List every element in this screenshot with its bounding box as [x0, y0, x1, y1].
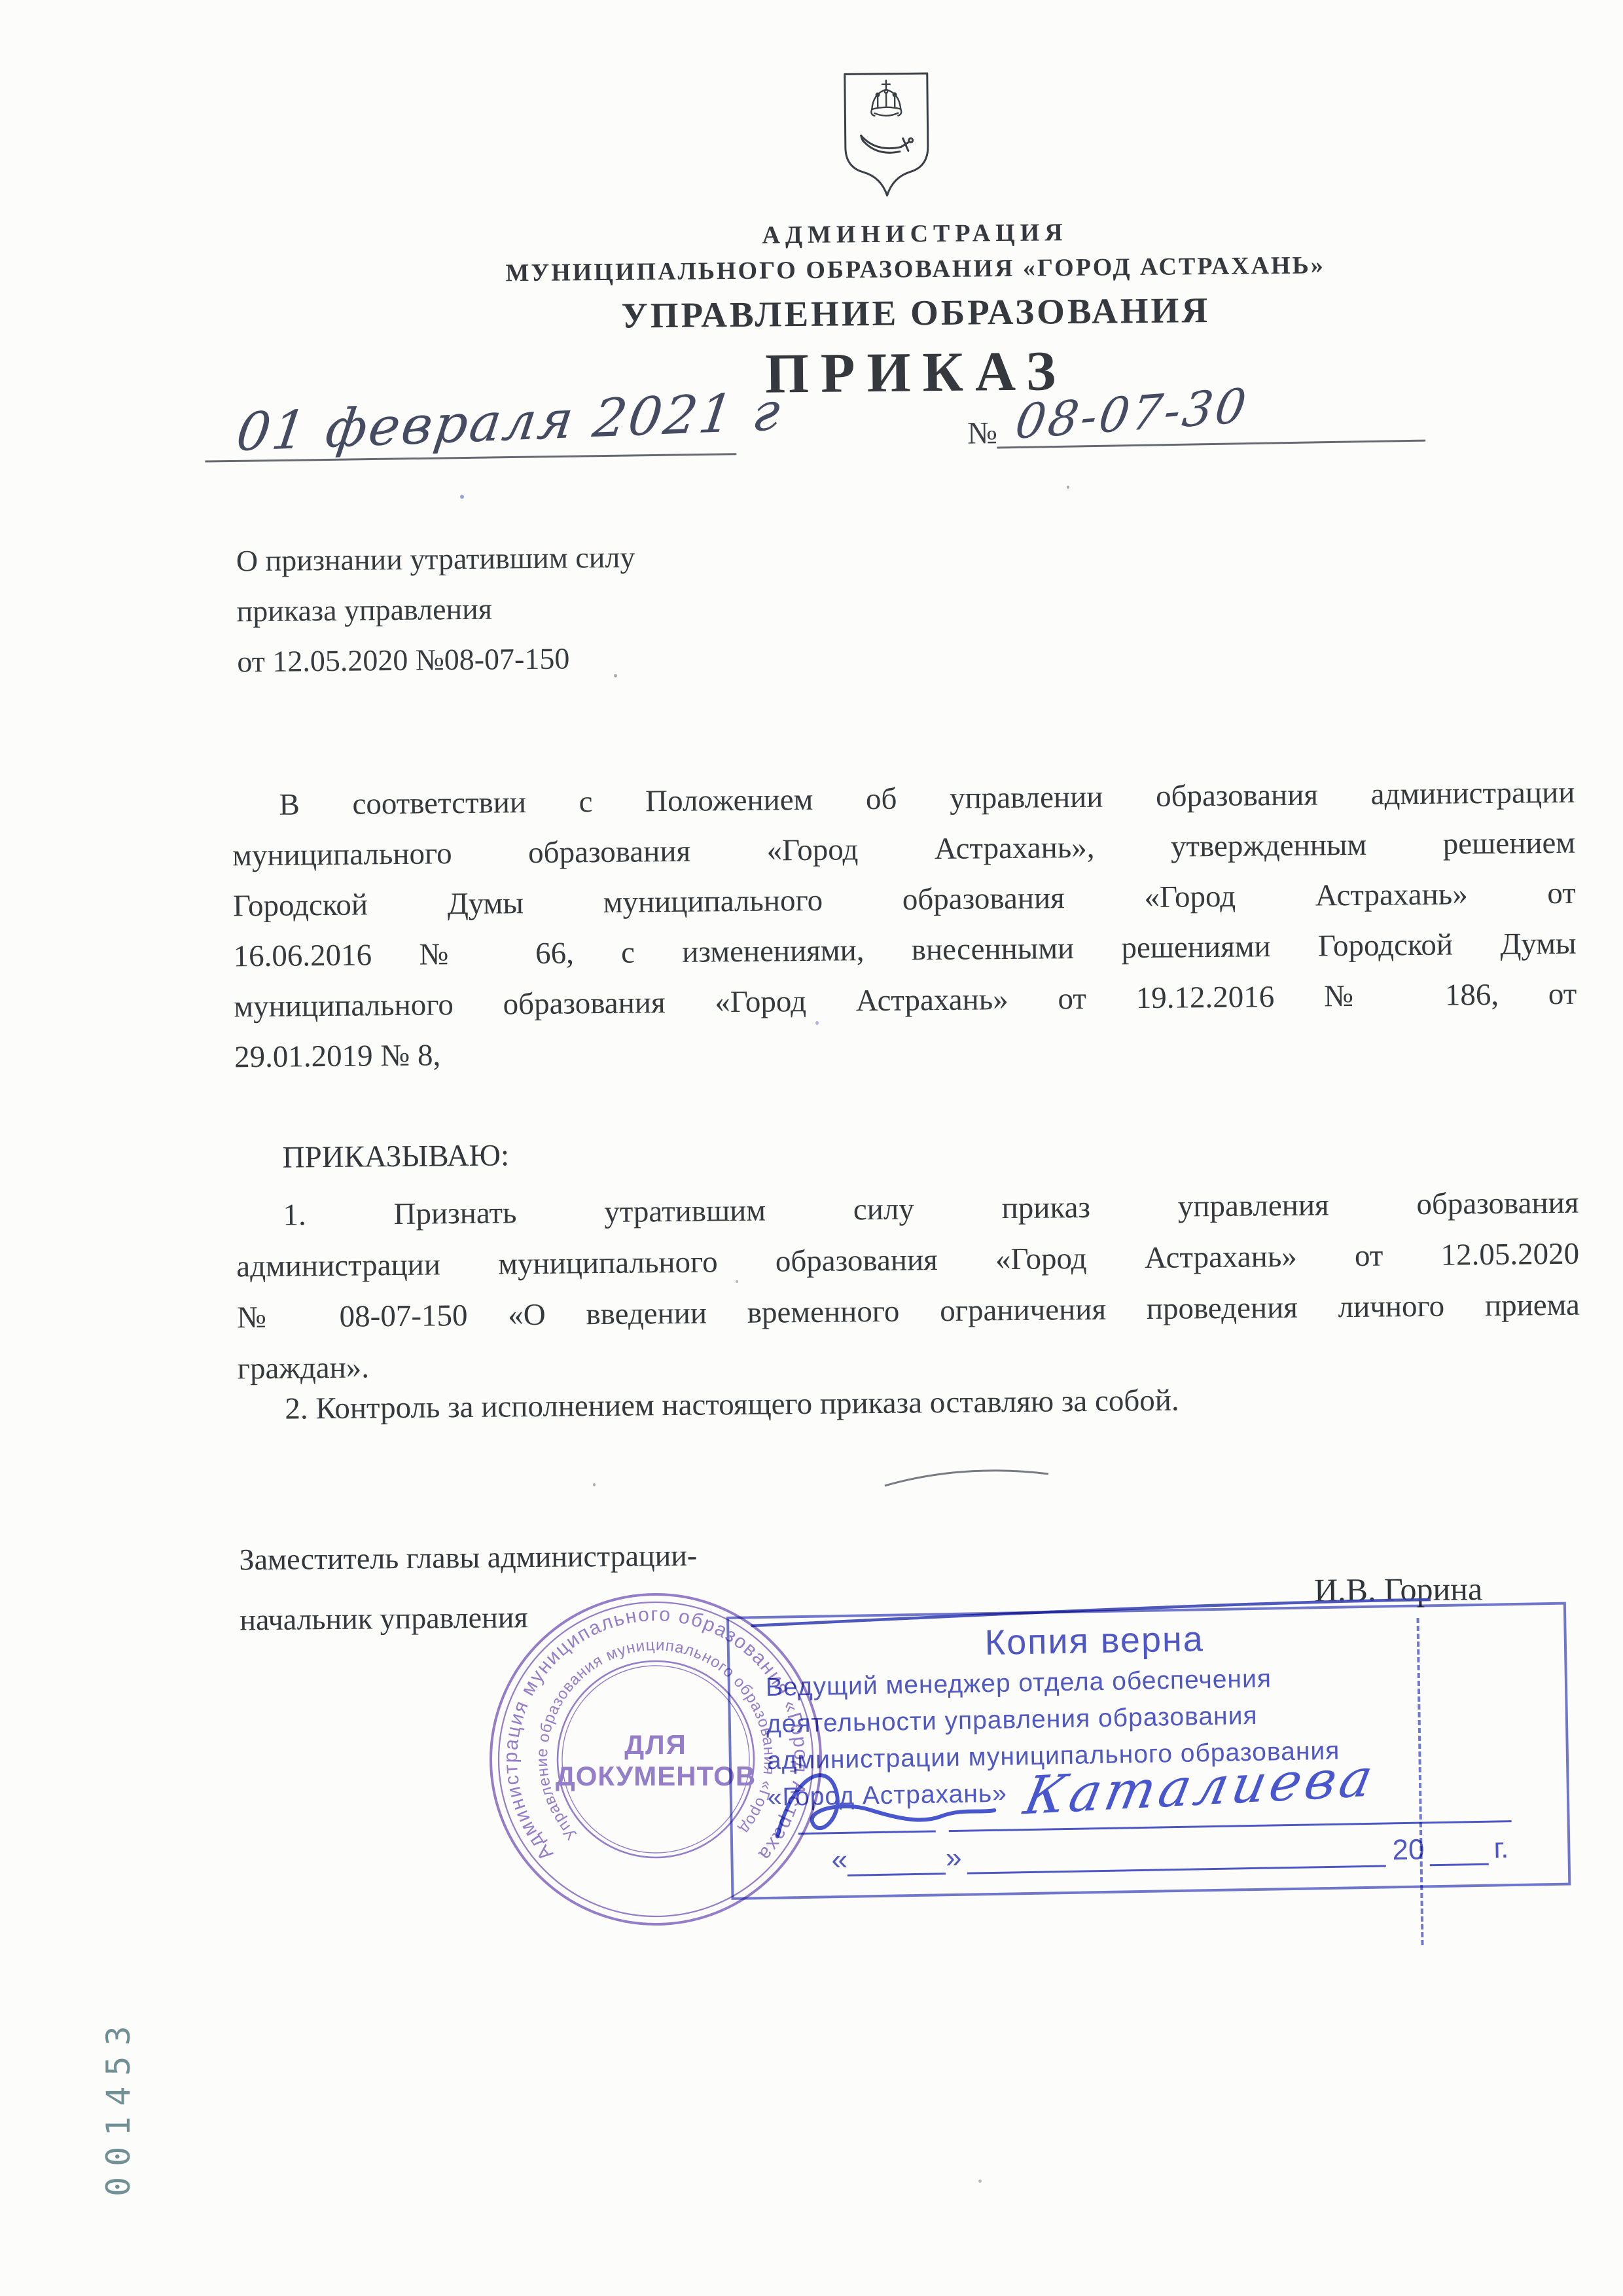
ink-speck	[815, 1021, 819, 1025]
copy-stamp-line: деятельности управления образования	[766, 1702, 1258, 1739]
open-quote: «	[831, 1844, 847, 1876]
copy-stamp-title: Копия верна	[729, 1614, 1459, 1667]
scanned-order-document: АДМИНИСТРАЦИЯ МУНИЦИПАЛЬНОГО ОБРАЗОВАНИЯ…	[0, 0, 1623, 2296]
subject-line: приказа управления	[236, 582, 635, 636]
ink-speck	[614, 674, 617, 677]
subject-block: О признании утратившим силу приказа упра…	[236, 531, 636, 687]
astrakhan-coat-of-arms-icon	[837, 67, 936, 202]
year-blank	[1429, 1837, 1489, 1867]
org-name-line2: МУНИЦИПАЛЬНОГО ОБРАЗОВАНИЯ «ГОРОД АСТРАХ…	[385, 250, 1445, 289]
ink-speck	[978, 2179, 982, 2183]
day-blank	[847, 1846, 946, 1876]
ink-speck	[1067, 486, 1069, 489]
round-stamp-center-line2: ДОКУМЕНТОВ	[556, 1761, 756, 1791]
round-stamp-center-line1: ДЛЯ	[624, 1729, 687, 1760]
ink-speck	[736, 1280, 738, 1283]
subject-line: от 12.05.2020 №08-07-150	[237, 632, 636, 687]
signer-post-line1: Заместитель главы администрации-	[239, 1538, 697, 1577]
subject-line: О признании утратившим силу	[236, 531, 635, 586]
ink-speck	[460, 495, 464, 499]
year-suffix: г.	[1493, 1832, 1509, 1865]
copy-stamp-line: Ведущий менеджер отдела обеспечения	[766, 1664, 1272, 1702]
close-quote: »	[946, 1842, 962, 1874]
vertical-registration-number: 001453	[99, 2015, 137, 2197]
copy-certification-stamp: Копия верна Ведущий менеджер отдела обес…	[726, 1602, 1571, 1900]
number-sign-label: №	[967, 415, 997, 451]
org-name-line1: АДМИНИСТРАЦИЯ	[385, 215, 1445, 254]
order-heading: ПРИКАЗЫВАЮ:	[282, 1138, 509, 1175]
preamble-paragraph: В соответствии с Положением об управлени…	[232, 768, 1577, 1083]
ink-speck	[593, 1483, 596, 1486]
month-blank	[967, 1839, 1386, 1874]
org-name-line3: УПРАВЛЕНИЕ ОБРАЗОВАНИЯ	[385, 287, 1446, 339]
order-item-1: 1. Признать утратившим силу приказ управ…	[236, 1177, 1580, 1395]
signer-post-line2: начальник управления	[240, 1600, 528, 1637]
printed-layer: АДМИНИСТРАЦИЯ МУНИЦИПАЛЬНОГО ОБРАЗОВАНИЯ…	[0, 0, 1623, 2296]
